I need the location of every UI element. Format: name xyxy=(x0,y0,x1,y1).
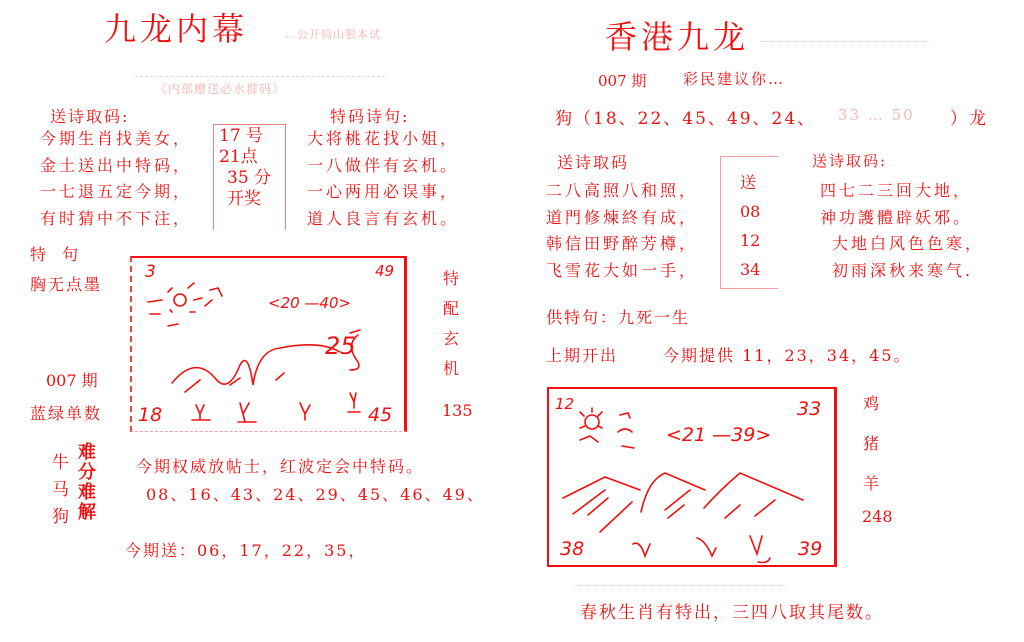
divider xyxy=(575,585,785,586)
side-char: 猪 xyxy=(863,424,879,464)
right-side-number: 248 xyxy=(862,507,893,526)
side-char: 鸡 xyxy=(863,384,879,424)
right-footer: 春秋生肖有特出，三四八取其尾数。 xyxy=(580,598,884,623)
right-drawing-sketch xyxy=(0,0,1024,642)
side-char: 羊 xyxy=(863,464,879,504)
right-side-vertical: 鸡 猪 羊 xyxy=(863,384,879,504)
